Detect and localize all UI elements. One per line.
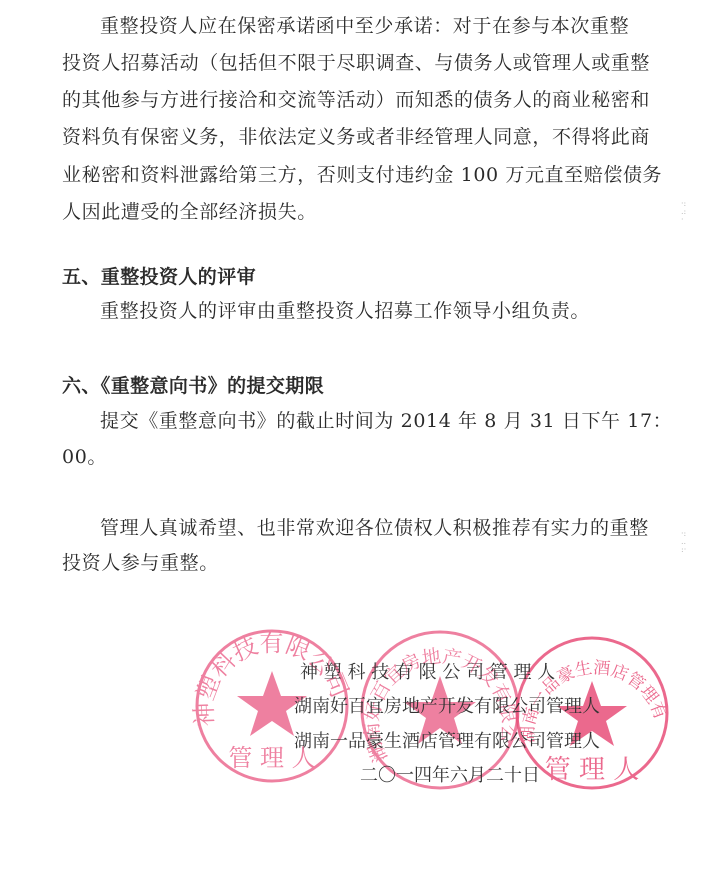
signature-haobaiyi-realestate: 湖南好百宜房地产开发有限公司管理人 <box>294 696 600 718</box>
paragraph-line: 人因此遭受的全部经济损失。 <box>62 201 317 223</box>
signature-date: 二〇一四年六月二十日 <box>360 765 540 787</box>
signature-shensu-tech: 神 塑 科 技 有 限 公 司 管 理 人 <box>300 662 555 684</box>
section-6-body-line2: 00。 <box>62 446 107 468</box>
scan-artifact: ·:.:· <box>681 200 695 240</box>
section-6-heading: 六、《重整意向书》的提交期限 <box>62 375 324 397</box>
section-5-body: 重整投资人的评审由重整投资人招募工作领导小组负责。 <box>100 300 590 322</box>
signature-yipin-haosheng-hotel: 湖南一品豪生酒店管理有限公司管理人 <box>294 731 600 753</box>
paragraph-line: 重整投资人应在保密承诺函中至少承诺：对于在参与本次重整 <box>100 15 629 37</box>
section-5-heading: 五、重整投资人的评审 <box>62 266 256 288</box>
closing-line1: 管理人真诚希望、也非常欢迎各位债权人积极推荐有实力的重整 <box>100 517 649 539</box>
paragraph-line: 业秘密和资料泄露给第三方，否则支付违约金 100 万元直至赔偿债务 <box>62 164 662 186</box>
paragraph-line: 的其他参与方进行接洽和交流等活动）而知悉的债务人的商业秘密和 <box>62 89 650 111</box>
scan-artifact: ·:..:· <box>681 530 695 570</box>
paragraph-line: 投资人招募活动（包括但不限于尽职调查、与债务人或管理人或重整 <box>62 52 650 74</box>
svg-text:管 理 人: 管 理 人 <box>545 755 640 785</box>
closing-line2: 投资人参与重整。 <box>62 552 219 574</box>
section-6-body-line1: 提交《重整意向书》的截止时间为 2014 年 8 月 31 日下午 17： <box>100 410 672 432</box>
paragraph-line: 资料负有保密义务，非依法定义务或者非经管理人同意，不得将此商 <box>62 126 650 148</box>
